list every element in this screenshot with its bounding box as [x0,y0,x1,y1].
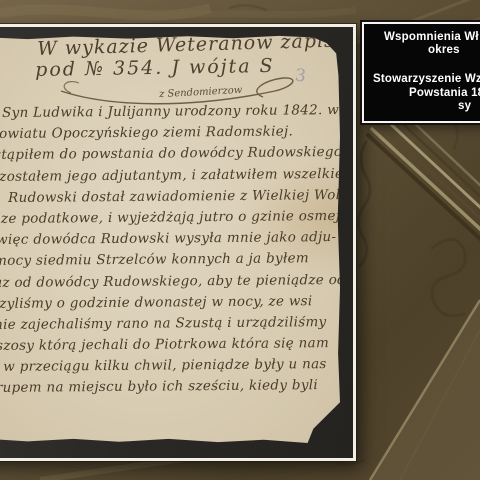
slide-canvas: { "caption_box": { "lines": ["Wspomnieni… [0,0,480,480]
document-body-line: Rudowski dostał zawiadomienie z Wielkiej… [8,187,370,206]
caption-line: okres [428,44,460,56]
document-body-line: szyliśmy o godzinie dwonastej w nocy, ze… [0,293,313,312]
document-body-line: az od dowódcy Rudowskiego, aby te pienią… [0,272,383,291]
document-body-line: , w przeciągu kilku chwil, pieniądze był… [0,356,327,375]
caption-line: sy [458,100,471,112]
document-paper: W wykazie Weteranów zapisany pod № 354. … [0,35,340,443]
caption-line: Powstania 18 [409,87,480,99]
document-body-line: stąpiłem do powstania do dowódcy Rudowsk… [0,144,342,163]
caption-box: Wspomnienia Wł okres Stowarzyszenie Wza … [362,22,480,123]
document-body-line: owiatu Opoczyńskiego ziemi Radomskiej. [0,123,293,142]
document-body-line: nie zajechaliśmy rano na Szustą i urządz… [0,314,327,333]
document-body-line: , zostałem jego adjutantym, i załatwiłem… [0,166,343,185]
document-body-line: Syn Ludwika i Julijanny urodzony roku 18… [2,102,339,121]
document-body-line: mocy siedmiu Strzelców konnych a ja byłe… [0,250,309,269]
document-body-line: dze podatkowe, i wyjeżdżają jutro o gzin… [0,208,340,227]
document-body-line: więc dowódca Rudowski wysyła mnie jako a… [0,229,336,248]
caption-line: Stowarzyszenie Wza [373,73,480,85]
document-body-line: trupem na miejscu było ich sześciu, kied… [0,377,318,396]
document-body-line: szosy którą jechali do Piotrkowa która s… [0,335,329,354]
framed-photo: W wykazie Weteranów zapisany pod № 354. … [0,24,356,461]
photo-mat: W wykazie Weteranów zapisany pod № 354. … [0,27,353,458]
caption-line: Wspomnienia Wł [384,31,479,43]
